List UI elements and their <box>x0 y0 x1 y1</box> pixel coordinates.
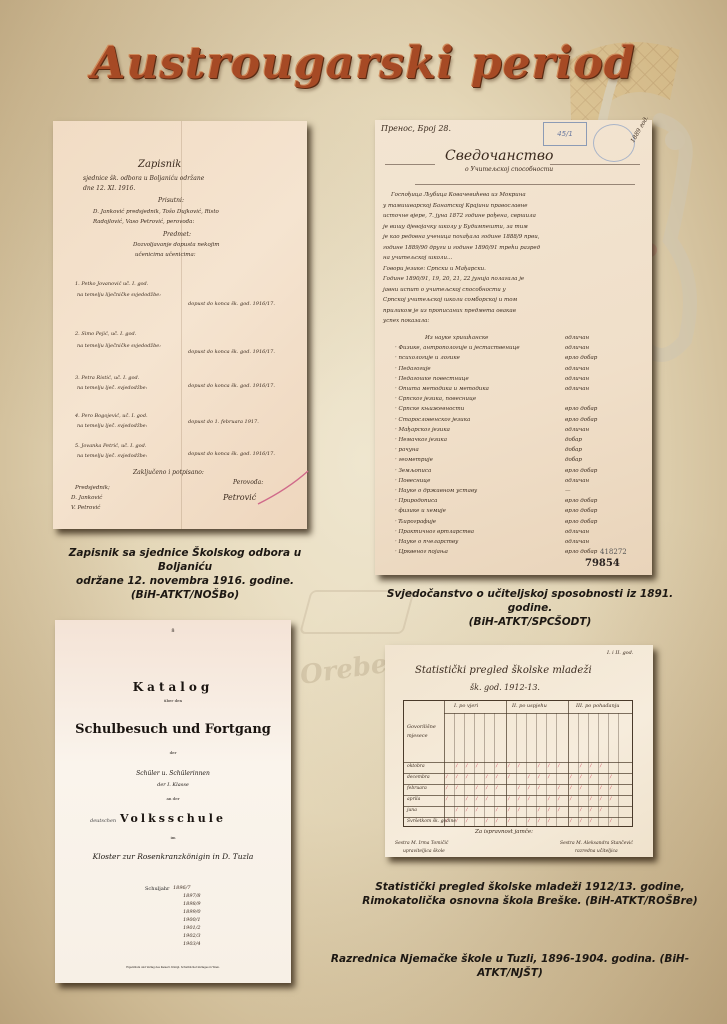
doc-line: Predmet: <box>163 231 191 238</box>
doc-closing: Zaključeno i potpisano: <box>133 469 204 476</box>
imprint: Eigenthum und Verlag des Kaiserl. Königl… <box>55 966 291 969</box>
caption-katalog: Razrednica Njemačke škole u Tuzli, 1896-… <box>300 952 720 980</box>
signature: Predsjednik; <box>75 485 110 491</box>
grade-value: одличан <box>565 335 589 341</box>
grade-value: врло добар <box>565 508 597 514</box>
signature: razredna učiteljica <box>575 849 618 854</box>
background-ghost-logo: Orebe <box>298 649 389 691</box>
grade-value: врло добар <box>565 417 597 423</box>
school-year: 1900/1 <box>183 917 201 923</box>
print-line: der I. Klasse <box>55 782 291 788</box>
grade-value: врло добар <box>565 355 597 361</box>
grade-value: — <box>565 488 571 494</box>
katalog-title: Katalog <box>55 680 291 694</box>
certificate-line: у тамишварској Банатској Крајини правосл… <box>383 203 527 209</box>
table-cell-mark: / <box>508 808 510 813</box>
table-cell-mark: / <box>508 819 510 824</box>
table-cell-mark: / <box>476 808 478 813</box>
certificate-line: приликом је из прописаних предмета овака… <box>383 308 516 314</box>
certificate-line: Године 1890/91, 19, 20, 21, 22 јунија по… <box>383 276 524 282</box>
entry-name: 5. Jovanka Petrić, uč. I. god. <box>75 443 146 449</box>
table-cell-mark: / <box>610 786 612 791</box>
print-line: im <box>55 835 291 840</box>
grade-subject: · психологије и логике <box>395 355 460 361</box>
grade-value: врло добар <box>565 519 597 525</box>
grade-subject: · Мађарског језика <box>395 427 450 433</box>
grade-subject: · Практичног вртларства <box>395 529 474 535</box>
grade-value: добар <box>565 457 582 463</box>
table-cell-mark: / <box>456 808 458 813</box>
table-cell-mark: / <box>446 786 448 791</box>
entry-decision: dopust do konca šk. god. 1916/17. <box>188 451 275 457</box>
table-cell-mark: / <box>558 808 560 813</box>
school-year: 1901/2 <box>183 925 201 931</box>
table-cell-mark: / <box>600 764 602 769</box>
print-line: der <box>55 750 291 755</box>
table-cell-mark: / <box>548 764 550 769</box>
certificate-line: је вишу дјевојачку школу у Будимпешти, з… <box>383 224 528 230</box>
doc-line: Dozvoljavanje dopusta nekojim <box>133 242 220 248</box>
school-year: 1898/9 <box>183 901 201 907</box>
doc-line: učenicima učenicima: <box>135 252 196 258</box>
table-cell-mark: / <box>570 797 572 802</box>
statistics-table: Govorilišne mjesece I. po vjeri II. po u… <box>403 700 633 827</box>
table-cell-mark: / <box>610 775 612 780</box>
table-cell-mark: / <box>466 808 468 813</box>
table-cell-mark: / <box>610 819 612 824</box>
grade-subject: · Немачког језика <box>395 437 447 443</box>
grade-subject: · рачуна <box>395 447 419 453</box>
table-cell-mark: / <box>476 786 478 791</box>
doc-line: D. Janković predsjednik, Tošo Dujković, … <box>93 209 219 215</box>
grade-subject: · Повеснице <box>395 478 430 484</box>
table-cell-mark: / <box>456 775 458 780</box>
grade-value: одличан <box>565 478 589 484</box>
table-cell-mark: / <box>466 819 468 824</box>
table-cell-mark: / <box>508 775 510 780</box>
table-cell-mark: / <box>496 764 498 769</box>
grade-subject: · Српског језика, повеснице <box>395 396 476 402</box>
table-cell-mark: / <box>570 775 572 780</box>
grade-value: одличан <box>565 376 589 382</box>
entry-reason: na temelju lječ. svjedodžbe: <box>77 423 147 429</box>
table-cell-mark: / <box>558 764 560 769</box>
table-cell-mark: / <box>496 775 498 780</box>
grade-value: добар <box>565 447 582 453</box>
doc-heading: Zapisnik <box>138 159 181 170</box>
table-cell-mark: / <box>476 797 478 802</box>
table-cell-mark: / <box>518 808 520 813</box>
grade-value: врло добар <box>565 498 597 504</box>
grade-value: врло добар <box>565 549 597 555</box>
serial-stamp: 418272 <box>600 548 627 556</box>
grade-subject: · Општа методика и методика <box>395 386 489 392</box>
table-cell-mark: / <box>570 786 572 791</box>
table-cell-mark: / <box>486 775 488 780</box>
table-cell-mark: / <box>580 819 582 824</box>
table-cell-mark: / <box>446 819 448 824</box>
grade-value: одличан <box>565 529 589 535</box>
table-cell-mark: / <box>580 775 582 780</box>
grade-subject: · Педагогије <box>395 366 431 372</box>
table-cell-mark: / <box>486 819 488 824</box>
print-line: an der <box>55 796 291 801</box>
table-cell-mark: / <box>446 775 448 780</box>
table-cell-mark: / <box>590 819 592 824</box>
entry-reason: na temelju lječ. svjedodžbe: <box>77 385 147 391</box>
top-mark: 8 <box>55 628 291 634</box>
table-cell-mark: / <box>486 786 488 791</box>
certificate-line: Српској учитељској школи сомборској и то… <box>383 297 517 303</box>
entry-name: 3. Petra Ristić, uč. I. god. <box>75 375 139 381</box>
grade-value: одличан <box>565 366 589 372</box>
table-cell-mark: / <box>456 786 458 791</box>
table-cell-mark: / <box>600 786 602 791</box>
school-year: 1899/0 <box>183 909 201 915</box>
grade-subject: · Педагошке повестнице <box>395 376 469 382</box>
table-row-label: februara <box>407 786 427 791</box>
table-cell-mark: / <box>538 808 540 813</box>
registry-stamp: 45/1 <box>543 122 587 146</box>
table-cell-mark: / <box>446 797 448 802</box>
table-cell-mark: / <box>466 797 468 802</box>
table-cell-mark: / <box>508 764 510 769</box>
table-cell-mark: / <box>456 819 458 824</box>
table-cell-mark: / <box>518 764 520 769</box>
grade-subject: · Науке о државном уставу <box>395 488 477 494</box>
grade-subject: · Црквеног појања <box>395 549 448 555</box>
table-cell-mark: / <box>558 797 560 802</box>
entry-name: 4. Pero Bogojević, uč. I. god. <box>75 413 148 419</box>
table-cell-mark: / <box>590 764 592 769</box>
entry-decision: dopust do 1. februara 1917. <box>188 419 259 425</box>
katalog-subtitle: Schulbesuch und Fortgang <box>55 722 291 737</box>
print-line: über den <box>55 698 291 703</box>
table-cell-mark: / <box>528 786 530 791</box>
certificate-line: на учитељској школи… <box>383 255 452 261</box>
table-cell-mark: / <box>528 819 530 824</box>
table-cell-mark: / <box>580 786 582 791</box>
school-place: Kloster zur Rosenkranzkönigin in D. Tuzl… <box>55 852 291 861</box>
certificate-line: источне вјере, 7. јуна 1872 године рођен… <box>383 213 536 219</box>
table-col-group: I. po vjeri <box>454 703 478 709</box>
document-svjedocanstvo-image: Пренос, Број 28. 45/1 1889 год. Сведочан… <box>375 120 652 575</box>
table-cell-mark: / <box>476 764 478 769</box>
certificate-line: успех показала: <box>383 318 429 324</box>
table-cell-mark: / <box>466 775 468 780</box>
doc-line: dne 12. XI. 1916. <box>83 185 135 192</box>
table-row-header: Govorilišne mjesece <box>407 723 445 741</box>
school-year: 1897/8 <box>183 893 201 899</box>
grade-value: одличан <box>565 345 589 351</box>
grade-subject: · Науке о пчеларству <box>395 539 458 545</box>
grade-subject: · Физике, антропологије и јестаственице <box>395 345 520 351</box>
table-cell-mark: / <box>518 797 520 802</box>
doc-line: sjednice šk. odbora u Boljaniću održane <box>83 175 204 182</box>
grade-subject: Из науке хришћанске <box>425 335 488 341</box>
grade-subject: · Земљописа <box>395 468 431 474</box>
table-cell-mark: / <box>466 764 468 769</box>
corner-note: 1889 год. <box>629 115 650 144</box>
entry-decision: dopust do konca šk. god. 1916/17. <box>188 301 275 307</box>
grade-value: одличан <box>565 539 589 545</box>
grade-value: добар <box>565 437 582 443</box>
table-cell-mark: / <box>548 808 550 813</box>
doc-subheading: о Учитељској способности <box>465 166 553 173</box>
grade-subject: · Природописа <box>395 498 437 504</box>
grade-value: одличан <box>565 427 589 433</box>
year-label: Schuljahr <box>145 886 169 892</box>
doc-heading: Сведочанство <box>445 148 553 164</box>
table-cell-mark: / <box>548 797 550 802</box>
doc-line: Prisutni: <box>158 197 184 204</box>
document-katalog-image: 8 Katalog über den Schulbesuch und Fortg… <box>55 620 291 983</box>
table-cell-mark: / <box>538 775 540 780</box>
caption-statistika: Statistički pregled školske mladeži 1912… <box>360 880 700 908</box>
caption-svjedocanstvo: Svjedočanstvo o učiteljskoj sposobnosti … <box>365 587 695 629</box>
doc-line: Radojlović, Vaso Petrović, perovođa: <box>93 219 194 225</box>
table-cell-mark: / <box>496 819 498 824</box>
table-cell-mark: / <box>590 808 592 813</box>
round-stamp-icon <box>593 124 635 162</box>
entry-reason: na temelju liječničke svjedodžbe: <box>77 292 161 298</box>
school-year: 1902/3 <box>183 933 201 939</box>
grade-value: врло добар <box>565 406 597 412</box>
table-cell-mark: / <box>548 775 550 780</box>
table-cell-mark: / <box>486 797 488 802</box>
grade-subject: · физике и хемије <box>395 508 446 514</box>
table-row-label: aprila <box>407 797 420 802</box>
table-row-label: oktobra <box>407 764 425 769</box>
table-row-label: decembra <box>407 775 430 780</box>
print-line: Schüler u. Schülerinnen <box>55 770 291 777</box>
school-year: 1903/4 <box>183 941 201 947</box>
table-row-label: juna <box>407 808 417 813</box>
table-cell-mark: / <box>600 808 602 813</box>
table-col-group: II. po uspjehu <box>512 703 547 709</box>
school-name: Volksschule <box>55 812 291 825</box>
certificate-line: је као редовна ученица похађала године 1… <box>383 234 540 240</box>
document-zapisnik-image: Zapisnik sjednice šk. odbora u Boljaniću… <box>53 121 307 529</box>
table-cell-mark: / <box>548 819 550 824</box>
archive-number: 79854 <box>585 558 620 569</box>
signature: upraviteljica škole <box>403 849 445 854</box>
doc-subheading: šk. god. 1912-13. <box>470 683 540 692</box>
grade-subject: · Српске књижевности <box>395 406 464 412</box>
red-pencil-mark <box>253 469 313 509</box>
table-cell-mark: / <box>456 764 458 769</box>
table-cell-mark: / <box>600 797 602 802</box>
certificate-line: године 1889/90 други и године 1890/91 тр… <box>383 245 540 251</box>
table-cell-mark: / <box>538 764 540 769</box>
table-col-group: III. po pohađanju <box>576 703 620 709</box>
certificate-line: Госпођица Љубица Ковачевићева из Мокрина <box>391 192 526 198</box>
table-cell-mark: / <box>610 797 612 802</box>
grade-value: одличан <box>565 386 589 392</box>
table-cell-mark: / <box>558 786 560 791</box>
table-row-label: Svršetkom šk. godine <box>407 819 456 824</box>
doc-header: Пренос, Број 28. <box>381 124 451 133</box>
entry-decision: dopust do konca šk. god. 1916/17. <box>188 383 275 389</box>
table-cell-mark: / <box>528 797 530 802</box>
document-statistika-image: I. i II. god. Statistički pregled školsk… <box>385 645 653 857</box>
table-footer: Za ispravnost jamče: <box>475 829 533 835</box>
school-year: 1896/7 <box>173 885 191 891</box>
entry-reason: na temelju lječ. svjedodžbe: <box>77 453 147 459</box>
signature: V. Petrović <box>71 505 100 511</box>
page-title: Austrougarski period <box>0 38 727 89</box>
table-cell-mark: / <box>538 819 540 824</box>
grade-subject: · Старословенског језика <box>395 417 470 423</box>
entry-name: 2. Simo Pejić, uč. I. god. <box>75 331 136 337</box>
table-cell-mark: / <box>538 786 540 791</box>
table-cell-mark: / <box>590 797 592 802</box>
table-cell-mark: / <box>590 775 592 780</box>
entry-name: 1. Petko Jovanović uč. I. god. <box>75 281 148 287</box>
grade-value: врло добар <box>565 468 597 474</box>
corner-note: I. i II. god. <box>607 650 633 656</box>
certificate-line: јавни испит о учитељској способности у <box>383 287 506 293</box>
table-cell-mark: / <box>570 819 572 824</box>
table-cell-mark: / <box>528 775 530 780</box>
signature: Sestra M. Aleksandra Stančević <box>560 841 633 846</box>
table-cell-mark: / <box>496 786 498 791</box>
entry-decision: dopust do konca šk. god. 1916/17. <box>188 349 275 355</box>
grade-subject: · геометрије <box>395 457 433 463</box>
caption-zapisnik: Zapisnik sa sjednice Školskog odbora u B… <box>40 546 330 602</box>
grade-subject: · Ћирографије <box>395 519 436 525</box>
doc-heading: Statistički pregled školske mladeži <box>415 665 592 676</box>
entry-reason: na temelju liječničke svjedodžbe: <box>77 343 161 349</box>
signature: Sestra M. Irma Tomičić <box>395 841 448 846</box>
table-cell-mark: / <box>580 808 582 813</box>
table-cell-mark: / <box>580 764 582 769</box>
certificate-line: Говори језике: Српски и Мађарски. <box>383 266 486 272</box>
signature: D. Janković <box>71 495 102 501</box>
table-cell-mark: / <box>518 786 520 791</box>
signature: Petrović <box>223 493 256 502</box>
table-cell-mark: / <box>496 808 498 813</box>
table-cell-mark: / <box>508 797 510 802</box>
